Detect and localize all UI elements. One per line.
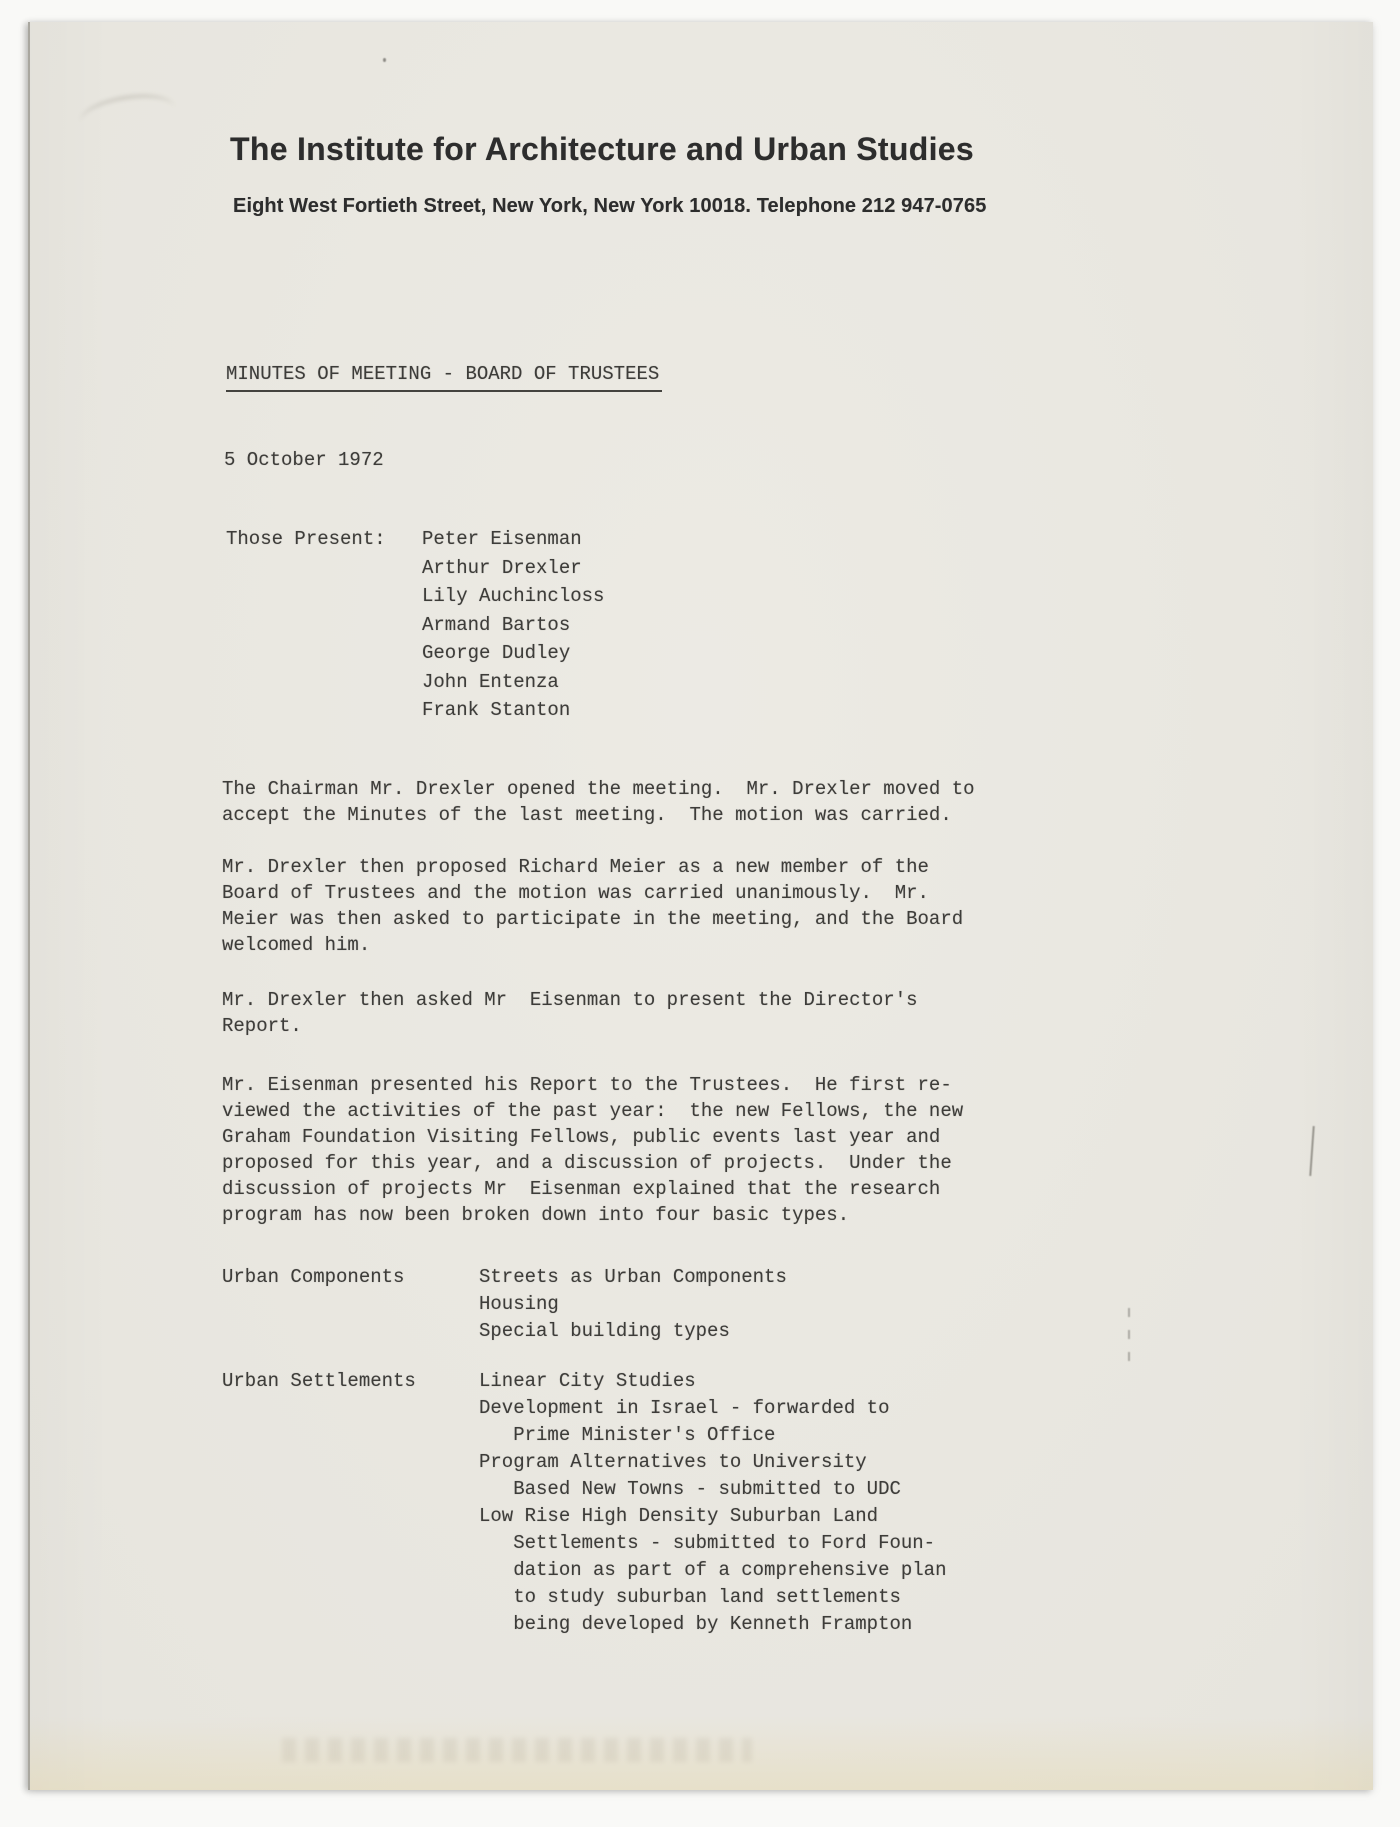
attendee-name: George Dudley [422,639,604,668]
body-paragraph-1: The Chairman Mr. Drexler opened the meet… [222,776,975,828]
document-date: 5 October 1972 [224,447,384,473]
body-paragraph-4: Mr. Eisenman presented his Report to the… [222,1072,963,1228]
document-title: MINUTES OF MEETING - BOARD OF TRUSTEES [226,362,662,392]
program-items-urban-settlements: Linear City Studies Development in Israe… [479,1368,946,1638]
letterhead-org-name: The Institute for Architecture and Urban… [230,132,974,167]
attendee-name: Frank Stanton [422,696,604,725]
scan-background: { "colors": { "paper": "#ebe9e2", "typew… [0,0,1400,1827]
program-category-urban-components: Urban Components [222,1264,404,1291]
program-items-urban-components: Streets as Urban Components Housing Spec… [479,1264,787,1345]
attendee-name: Peter Eisenman [422,525,604,554]
attendee-name: Armand Bartos [422,611,604,640]
page-content: The Institute for Architecture and Urban… [30,22,1373,1790]
letterhead-address: Eight West Fortieth Street, New York, Ne… [233,194,986,218]
body-paragraph-3: Mr. Drexler then asked Mr Eisenman to pr… [222,987,918,1039]
attendee-name: John Entenza [422,668,604,697]
attendee-name: Lily Auchincloss [422,582,604,611]
margin-marks-artifact [1128,1308,1130,1368]
bleed-through-artifact [282,1738,752,1762]
attendees-list: Peter EisenmanArthur DrexlerLily Auchinc… [422,525,604,725]
attendee-name: Arthur Drexler [422,554,604,583]
attendees-label: Those Present: [226,525,386,554]
document-page: The Institute for Architecture and Urban… [28,22,1373,1790]
program-category-urban-settlements: Urban Settlements [222,1368,416,1395]
ink-speck-artifact [383,58,386,62]
body-paragraph-2: Mr. Drexler then proposed Richard Meier … [222,854,963,958]
